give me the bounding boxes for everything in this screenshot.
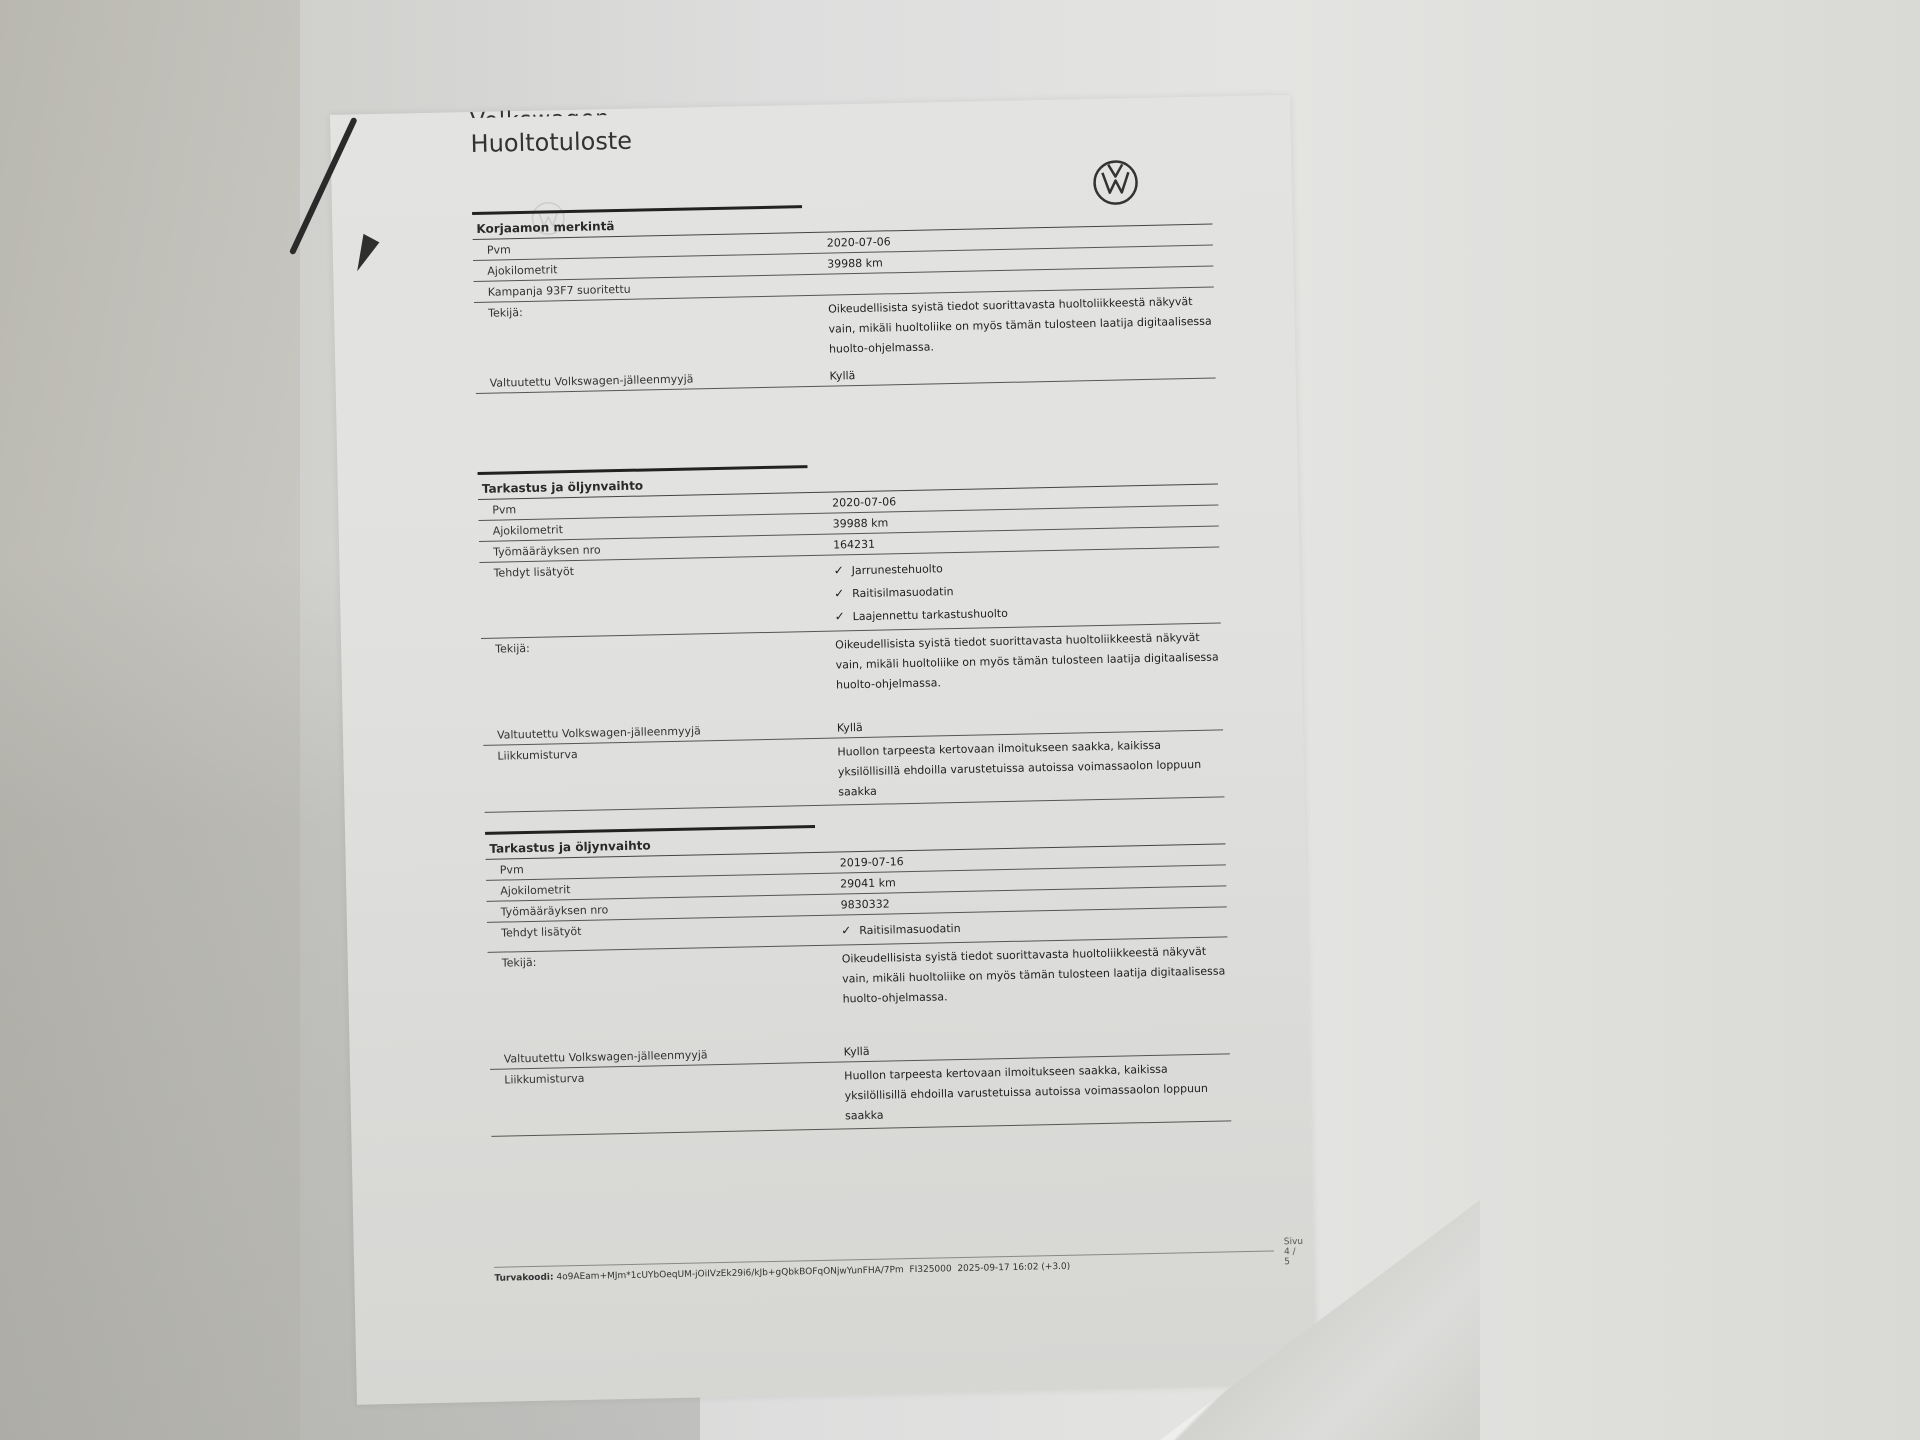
security-label: Turvakoodi: [494,1273,553,1284]
checks-list: ✓Jarrunestehuolto ✓Raitisilmasuodatin ✓L… [833,547,1220,630]
row-liikkumisturva: Liikkumisturva Huollon tarpeesta kertova… [490,1054,1231,1136]
check-label: Jarrunestehuolto [852,562,943,577]
document-title: Huoltotuloste [470,127,632,158]
row-liikkumisturva: Liikkumisturva Huollon tarpeesta kertova… [483,730,1224,812]
security-code: 4o9AEam+MJm*1cUYbOeqUM-jOiIVzEk29i6/kJb+… [556,1265,904,1282]
section-korjaamon-merkinta: Korjaamon merkintä Pvm 2020-07-06 Ajokil… [472,197,1216,394]
row-value: Huollon tarpeesta kertovaan ilmoitukseen… [844,1054,1231,1128]
dealer-code: FI325000 [909,1264,951,1275]
service-document: Volkswagen Huoltotuloste Korjaamon merki… [330,95,1317,1405]
check-label: Laajennettu tarkastushuolto [853,607,1009,623]
checkmark-icon: ✓ [834,563,844,577]
row-value: Huollon tarpeesta kertovaan ilmoitukseen… [837,730,1224,804]
check-label: Raitisilmasuodatin [852,585,954,600]
checkmark-icon: ✓ [834,586,844,600]
row-tekija: Tekijä: Oikeudellisista syistä tiedot su… [488,937,1230,1042]
section-tarkastus-2019: Tarkastus ja öljynvaihto Pvm 2019-07-16 … [485,816,1231,1136]
row-value: Oikeudellisista syistä tiedot suorittava… [828,288,1215,362]
row-value: Oikeudellisista syistä tiedot suorittava… [842,937,1229,1011]
checkmark-icon: ✓ [841,923,851,937]
row-tekija: Tekijä: Oikeudellisista syistä tiedot su… [481,623,1223,718]
brand-name: Volkswagen [470,101,610,118]
check-label: Raitisilmasuodatin [859,922,961,937]
row-value: Oikeudellisista syistä tiedot suorittava… [835,623,1222,697]
checkmark-icon: ✓ [834,609,844,623]
print-timestamp: 2025-09-17 16:02 (+3.0) [957,1262,1070,1274]
section-tarkastus-2020: Tarkastus ja öljynvaihto Pvm 2020-07-06 … [478,456,1225,812]
document-footer: Turvakoodi: 4o9AEam+MJm*1cUYbOeqUM-jOiIV… [494,1250,1294,1284]
